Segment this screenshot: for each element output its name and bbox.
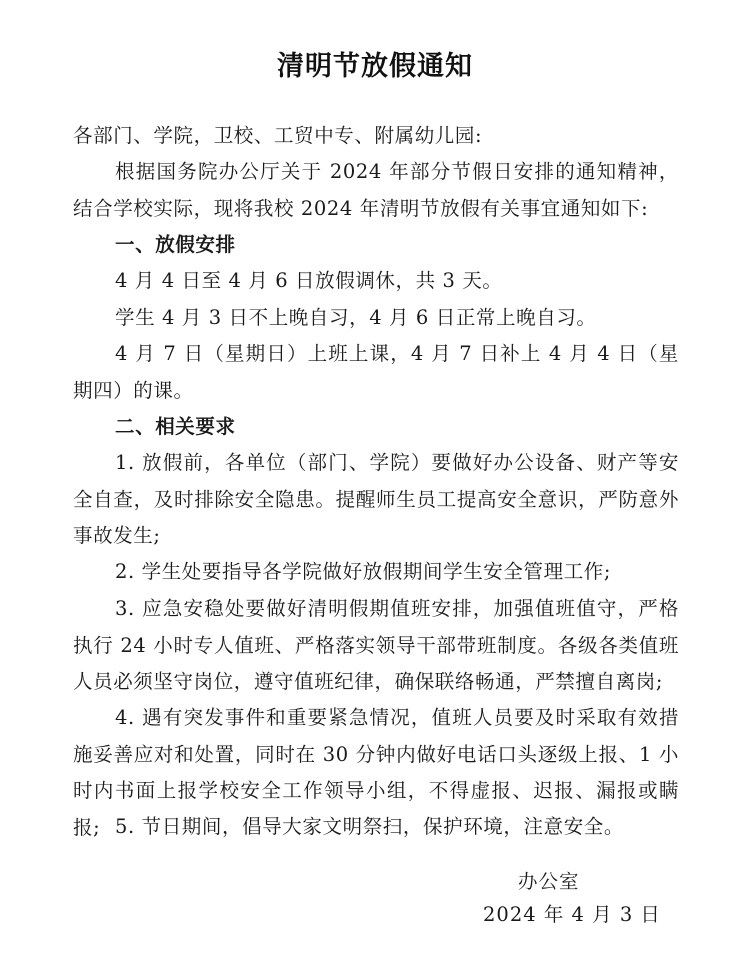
section-1-paragraph: 4 月 7 日（星期日）上班上课，4 月 7 日补上 4 月 4 日（星期四）的… xyxy=(73,336,679,409)
signature-issuer: 办公室 xyxy=(518,866,580,894)
section-2-heading: 二、相关要求 xyxy=(73,409,679,446)
document-title: 清明节放假通知 xyxy=(0,44,750,83)
section-1-paragraph: 学生 4 月 3 日不上晚自习，4 月 6 日正常上晚自习。 xyxy=(73,300,679,337)
requirement-item: 5. 节日期间，倡导大家文明祭扫，保护环境，注意安全。 xyxy=(73,809,679,846)
requirement-item: 2. 学生处要指导各学院做好放假期间学生安全管理工作; xyxy=(73,554,679,591)
requirement-item: 1. 放假前，各单位（部门、学院）要做好办公设备、财产等安全自查，及时排除安全隐… xyxy=(73,445,679,555)
section-1-heading: 一、放假安排 xyxy=(73,227,679,264)
salutation: 各部门、学院，卫校、工贸中专、附属幼儿园: xyxy=(73,118,679,155)
signature-date: 2024 年 4 月 3 日 xyxy=(483,899,661,927)
requirement-item: 3. 应急安稳处要做好清明假期值班安排，加强值班值守，严格执行 24 小时专人值… xyxy=(73,591,679,701)
intro-paragraph: 根据国务院办公厅关于 2024 年部分节假日安排的通知精神，结合学校实际，现将我… xyxy=(73,154,679,227)
section-1-paragraph: 4 月 4 日至 4 月 6 日放假调休，共 3 天。 xyxy=(73,263,679,300)
